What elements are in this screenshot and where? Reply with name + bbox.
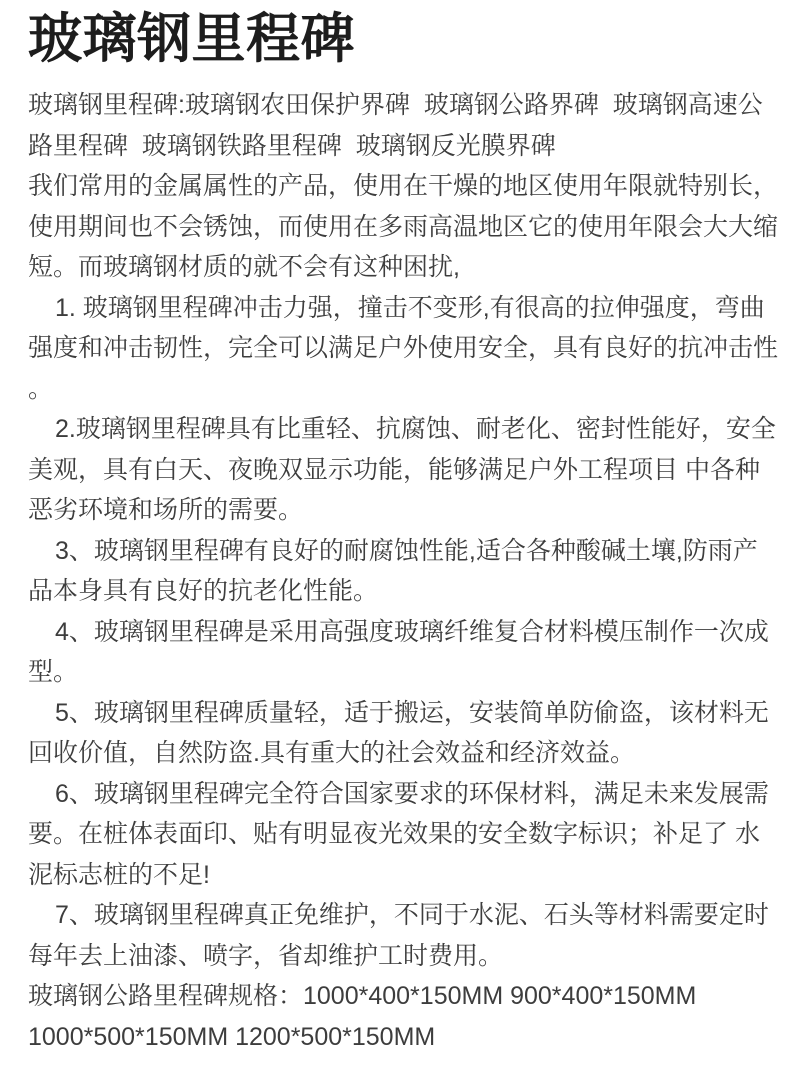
material-comparison-paragraph: 我们常用的金属属性的产品，使用在干燥的地区使用年限就特别长， 使用期间也不会锈蚀… xyxy=(28,166,792,288)
feature-item-4: 4、玻璃钢里程碑是采用高强度玻璃纤维复合材料模压制作一次成 型。 xyxy=(28,612,792,693)
product-types-paragraph: 玻璃钢里程碑:玻璃钢农田保护界碑 玻璃钢公路界碑 玻璃钢高速公 路里程碑 玻璃钢… xyxy=(28,85,792,166)
feature-item-1: 1. 玻璃钢里程碑冲击力强，撞击不变形,有很高的拉伸强度，弯曲 强度和冲击韧性，… xyxy=(28,288,792,410)
page-title: 玻璃钢里程碑 xyxy=(28,6,792,72)
specifications-paragraph: 玻璃钢公路里程碑规格：1000*400*150MM 900*400*150MM … xyxy=(28,976,792,1057)
feature-item-7: 7、玻璃钢里程碑真正免维护，不同于水泥、石头等材料需要定时 每年去上油漆、喷字，… xyxy=(28,895,792,976)
product-description-page: 玻璃钢里程碑 玻璃钢里程碑:玻璃钢农田保护界碑 玻璃钢公路界碑 玻璃钢高速公 路… xyxy=(0,0,800,1071)
feature-item-5: 5、玻璃钢里程碑质量轻，适于搬运，安装简单防偷盗，该材料无 回收价值，自然防盗.… xyxy=(28,693,792,774)
feature-item-3: 3、玻璃钢里程碑有良好的耐腐蚀性能,适合各种酸碱土壤,防雨产 品本身具有良好的抗… xyxy=(28,531,792,612)
feature-item-6: 6、玻璃钢里程碑完全符合国家要求的环保材料，满足未来发展需 要。在桩体表面印、贴… xyxy=(28,774,792,896)
document-body: 玻璃钢里程碑:玻璃钢农田保护界碑 玻璃钢公路界碑 玻璃钢高速公 路里程碑 玻璃钢… xyxy=(28,85,792,1057)
feature-item-2: 2.玻璃钢里程碑具有比重轻、抗腐蚀、耐老化、密封性能好，安全 美观，具有白天、夜… xyxy=(28,409,792,531)
